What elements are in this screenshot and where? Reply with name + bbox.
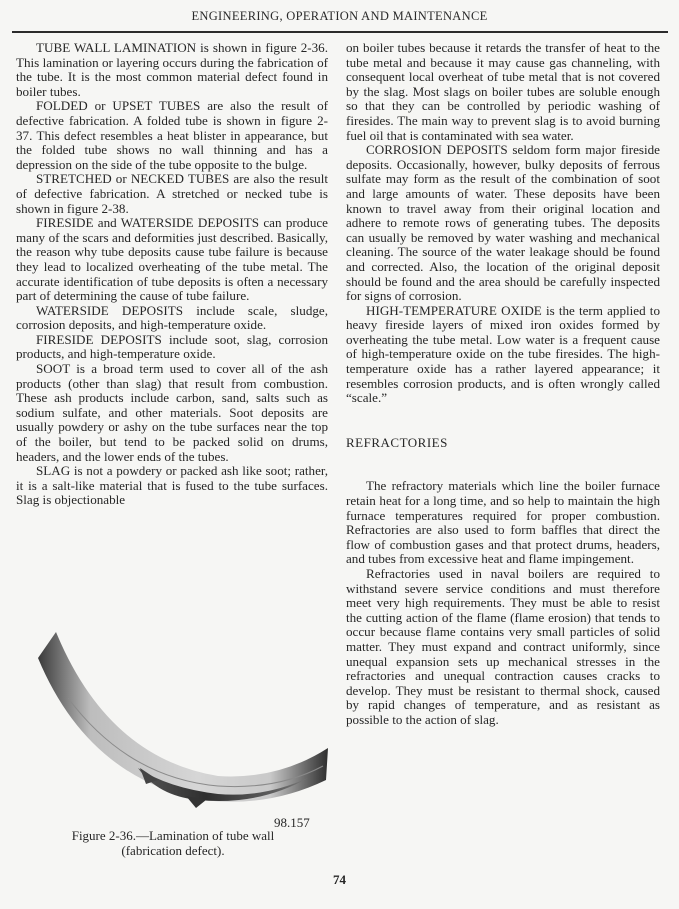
figure-caption-line-2: (fabrication defect). (38, 844, 308, 859)
paragraph-high-temperature-oxide: HIGH-TEMPERATURE OXIDE is the term appli… (346, 304, 660, 406)
laminated-tube-wall-image (18, 628, 328, 808)
paragraph-refractory-materials: The refractory materials which line the … (346, 479, 660, 567)
paragraph-slag: SLAG is not a powdery or packed ash like… (16, 464, 328, 508)
paragraph-fireside-waterside-deposits: FIRESIDE and WATERSIDE DEPOSITS can prod… (16, 216, 328, 304)
running-header: ENGINEERING, OPERATION AND MAINTENANCE (0, 9, 679, 24)
left-column: TUBE WALL LAMINATION is shown in figure … (16, 41, 328, 508)
paragraph-tube-wall-lamination: TUBE WALL LAMINATION is shown in figure … (16, 41, 328, 99)
section-heading-refractories: REFRACTORIES (346, 436, 660, 451)
figure-caption-line-1: Figure 2-36.—Lamination of tube wall (38, 829, 308, 844)
paragraph-waterside-deposits: WATERSIDE DEPOSITS include scale, sludge… (16, 304, 328, 333)
paragraph-corrosion-deposits: CORROSION DEPOSITS seldom form major fir… (346, 143, 660, 304)
paragraph-folded-tubes: FOLDED or UPSET TUBES are also the resul… (16, 99, 328, 172)
paragraph-refractory-requirements: Refractories used in naval boilers are r… (346, 567, 660, 728)
paragraph-slag-continued: on boiler tubes because it retards the t… (346, 41, 660, 143)
paragraph-soot: SOOT is a broad term used to cover all o… (16, 362, 328, 464)
right-column: on boiler tubes because it retards the t… (346, 41, 660, 728)
paragraph-stretched-tubes: STRETCHED or NECKED TUBES are also the r… (16, 172, 328, 216)
paragraph-fireside-deposits: FIRESIDE DEPOSITS include soot, slag, co… (16, 333, 328, 362)
figure-caption: Figure 2-36.—Lamination of tube wall (fa… (38, 829, 308, 858)
figure-tube-wall-lamination (18, 628, 328, 808)
header-rule (12, 31, 668, 33)
page-number: 74 (0, 872, 679, 888)
